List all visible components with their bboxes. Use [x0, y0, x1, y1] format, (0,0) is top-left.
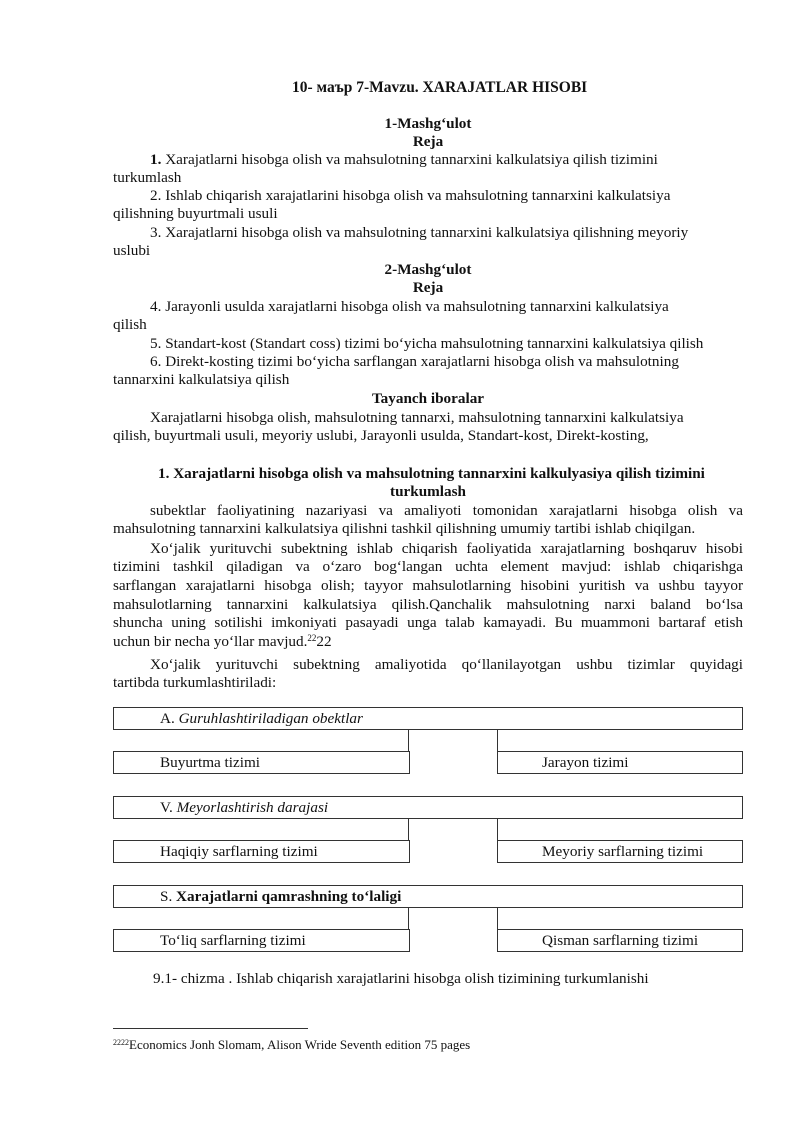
section1-heading-cont: turkumlash [113, 483, 743, 501]
plan-item-text: Xarajatlarni hisobga olish va mahsulotni… [161, 224, 688, 241]
category-label: Guruhlashtiriladigan obektlar [179, 710, 363, 727]
section1-heading: 1. Xarajatlarni hisobga olish va mahsulo… [158, 465, 705, 483]
para3-line-2: tartibda turkumlashtiriladi: [113, 674, 743, 692]
connector-line-right [497, 907, 498, 930]
para2-line-4: mahsulotlarning tannarxini kalkulatsiya … [113, 596, 743, 614]
plan-item-text: Direkt-kosting tizimi bo‘yicha sarflanga… [161, 353, 679, 370]
category-prefix: V. [160, 799, 177, 816]
plan-item-1-cont: turkumlash [113, 169, 743, 187]
plan-item-number: 6. [150, 353, 161, 370]
para2-last-text: uchun bir necha yo‘llar mavjud. [113, 633, 307, 650]
category-label: Meyorlashtirish darajasi [177, 799, 328, 816]
plan-item-4: 4. Jarayonli usulda xarajatlarni hisobga… [113, 298, 743, 316]
para3-line-1: Xo‘jalik yurituvchi subektning amaliyoti… [113, 656, 743, 674]
diagram-right-box: Meyoriy sarflarning tizimi [497, 840, 743, 863]
category-prefix: S. [160, 888, 176, 905]
diagram-caption: 9.1- chizma . Ishlab chiqarish xarajatla… [153, 970, 649, 988]
plan-item-number: 5. [150, 335, 161, 352]
para2-line-3: sarflangan xarajatlarni hisobga olish; t… [113, 577, 743, 595]
plan-item-number: 3. [150, 224, 161, 241]
category-prefix: A. [160, 710, 179, 727]
connector-line-left [408, 729, 409, 752]
session2-plan-label: Reja [113, 279, 743, 297]
connector-line-left [408, 818, 409, 841]
diagram-category-box: V. Meyorlashtirish darajasi [113, 796, 743, 819]
plan-item-5: 5. Standart-kost (Standart coss) tizimi … [113, 335, 743, 353]
para2-line-2: tizimini tashkil qiladigan va o‘zaro bog… [113, 558, 743, 576]
connector-line-right [497, 818, 498, 841]
plan-item-3-cont: uslubi [113, 242, 743, 260]
diagram-left-box: To‘liq sarflarning tizimi [113, 929, 410, 952]
para2-tail: 22 [316, 633, 331, 650]
para1-line-2: mahsulotning tannarxini kalkulatsiya qil… [113, 520, 743, 538]
plan-item-3: 3. Xarajatlarni hisobga olish va mahsulo… [113, 224, 743, 242]
plan-item-text: Jarayonli usulda xarajatlarni hisobga ol… [161, 298, 668, 315]
diagram-left-box: Buyurtma tizimi [113, 751, 410, 774]
session1-plan-label: Reja [113, 133, 743, 151]
para1-line-1: subektlar faoliyatining nazariyasi va am… [113, 502, 743, 520]
category-label: Xarajatlarni qamrashning to‘laligi [176, 888, 401, 905]
session2-heading: 2-Mashg‘ulot [113, 261, 743, 279]
plan-item-text: Ishlab chiqarish xarajatlarini hisobga o… [161, 187, 670, 204]
diagram-right-box: Qisman sarflarning tizimi [497, 929, 743, 952]
para2-line-6: uchun bir necha yo‘llar mavjud.2222 [113, 633, 743, 651]
plan-item-2: 2. Ishlab chiqarish xarajatlarini hisobg… [113, 187, 743, 205]
plan-item-number: 4. [150, 298, 161, 315]
diagram-category-box: S. Xarajatlarni qamrashning to‘laligi [113, 885, 743, 908]
document-title: 10- маър 7-Mavzu. XARAJATLAR HISOBI [292, 79, 587, 97]
keywords-line-2: qilish, buyurtmali usuli, meyoriy uslubi… [113, 427, 743, 445]
diagram-category-box: A. Guruhlashtiriladigan obektlar [113, 707, 743, 730]
para2-line-1: Xo‘jalik yurituvchi subektning ishlab ch… [113, 540, 743, 558]
connector-line-left [408, 907, 409, 930]
plan-item-6: 6. Direkt-kosting tizimi bo‘yicha sarfla… [113, 353, 743, 371]
connector-line-right [497, 729, 498, 752]
session1-heading: 1-Mashg‘ulot [113, 115, 743, 133]
plan-item-1: 1. Xarajatlarni hisobga olish va mahsulo… [113, 151, 743, 169]
footnote-marker: 2222 [113, 1038, 129, 1047]
footnote: 2222Economics Jonh Slomam, Alison Wride … [113, 1037, 470, 1053]
footnote-separator [113, 1028, 308, 1029]
diagram-left-box: Haqiqiy sarflarning tizimi [113, 840, 410, 863]
plan-item-6-cont: tannarxini kalkulatsiya qilish [113, 371, 743, 389]
footnote-text: Economics Jonh Slomam, Alison Wride Seve… [129, 1037, 470, 1052]
plan-item-4-cont: qilish [113, 316, 743, 334]
plan-item-2-cont: qilishning buyurtmali usuli [113, 205, 743, 223]
keywords-line-1: Xarajatlarni hisobga olish, mahsulotning… [113, 409, 743, 427]
plan-item-text: Standart-kost (Standart coss) tizimi bo‘… [161, 335, 703, 352]
para2-line-5: shuncha uning sotilishi imkoniyati pasay… [113, 614, 743, 632]
plan-item-number: 2. [150, 187, 161, 204]
plan-item-number: 1. [150, 151, 161, 168]
diagram-right-box: Jarayon tizimi [497, 751, 743, 774]
plan-item-text: Xarajatlarni hisobga olish va mahsulotni… [161, 151, 657, 168]
keywords-heading: Tayanch iboralar [113, 390, 743, 408]
